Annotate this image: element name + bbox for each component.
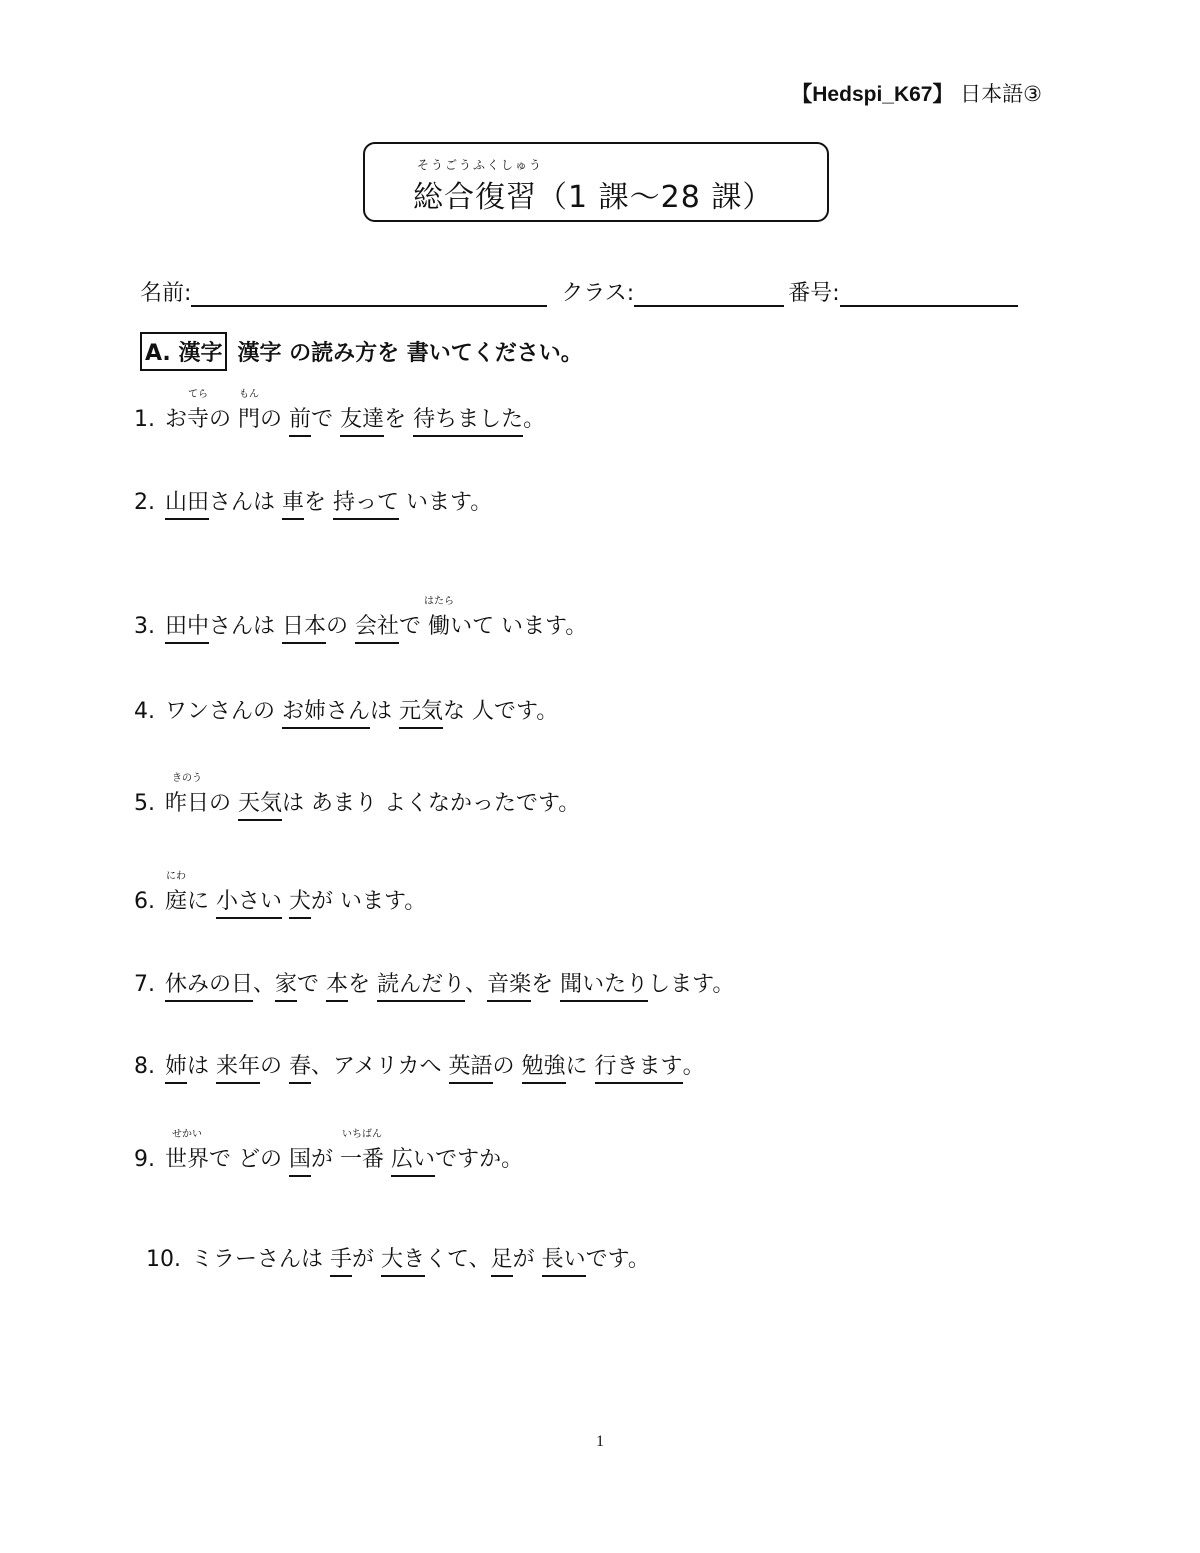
segment-text: 持って (333, 490, 399, 515)
segment-text: 休みの日 (165, 972, 253, 997)
segment-text: 待ちました (413, 407, 523, 432)
segment-text: 、 (253, 972, 275, 997)
underlined-kanji: 読んだり (377, 967, 465, 1002)
question-item: 9.世界せかいで どの 国が 一番いちばん 広いですか。 (134, 1142, 523, 1177)
segment-text: 、 (465, 972, 487, 997)
furigana: にわ (166, 867, 186, 882)
segment-text: 大き (381, 1247, 425, 1272)
title-box: そうごうふくしゅう 総合復習（1 課～28 課） (363, 142, 829, 222)
segment-text: の (209, 791, 238, 816)
page-title: 総合復習（1 課～28 課） (413, 172, 773, 216)
furigana: いちばん (342, 1125, 382, 1140)
segment-text: 姉 (165, 1054, 187, 1079)
segment-text: ワンさんの (165, 699, 282, 724)
underlined-kanji: 持って (333, 485, 399, 520)
sentence-text: の (326, 609, 355, 640)
underlined-kanji: 家 (275, 967, 297, 1002)
furigana: もん (239, 385, 259, 400)
segment-text: 犬 (289, 889, 311, 914)
sentence-text: します。 (648, 967, 734, 998)
segment-text: 勉強 (522, 1054, 566, 1079)
kanji-with-furigana: 働はたら (428, 609, 450, 640)
sentence-text: 。 (523, 402, 545, 433)
sentence-text: 。 (683, 1049, 705, 1080)
underlined-kanji: 小さい (216, 884, 282, 919)
question-item: 8.姉は 来年の 春、アメリカへ 英語の 勉強に 行きます。 (134, 1049, 705, 1084)
question-number: 9. (134, 1147, 155, 1172)
sentence-text: です。 (586, 1242, 650, 1273)
question-item: 10.ミラーさんは 手が 大きくて、足が 長いです。 (146, 1242, 650, 1277)
sentence-text: で (311, 402, 340, 433)
segment-text: を (384, 407, 413, 432)
segment-text: 長い (542, 1247, 586, 1272)
question-item: 5.昨日きのうの 天気は あまり よくなかったです。 (134, 786, 580, 821)
underlined-kanji: 行きます (595, 1049, 683, 1084)
sentence-text: は あまり よくなかったです。 (282, 786, 580, 817)
segment-text: は (370, 699, 399, 724)
segment-text: 手 (330, 1247, 352, 1272)
sentence-text (384, 1147, 391, 1172)
segment-text: に (566, 1054, 595, 1079)
segment-text: 足 (491, 1247, 513, 1272)
number-label: 番号: (788, 276, 839, 307)
sentence-text: ですか。 (435, 1142, 523, 1173)
segment-text: さんは (209, 490, 282, 515)
sentence-text: で どの (209, 1142, 289, 1173)
sentence-text: さんは (209, 485, 282, 516)
segment-text: います。 (399, 490, 492, 515)
kanji-with-furigana: 一番いちばん (340, 1142, 384, 1173)
segment-text: 春 (289, 1054, 311, 1079)
segment-text: お (165, 407, 187, 432)
underlined-kanji: お姉さん (282, 694, 370, 729)
underlined-kanji: 本 (326, 967, 348, 1002)
underlined-kanji: 春 (289, 1049, 311, 1084)
segment-text: は あまり よくなかったです。 (282, 791, 580, 816)
segment-text: 世界 (165, 1147, 209, 1172)
question-number: 3. (134, 614, 155, 639)
segment-text: 広い (391, 1147, 435, 1172)
page-number: 1 (0, 1433, 1200, 1451)
segment-text: 日本 (282, 614, 326, 639)
underlined-kanji: 広い (391, 1142, 435, 1177)
segment-text: です。 (586, 1247, 650, 1272)
segment-text: を (531, 972, 560, 997)
underlined-kanji: 待ちました (413, 402, 523, 437)
sentence-text: に (566, 1049, 595, 1080)
underlined-kanji: 聞いたり (560, 967, 648, 1002)
underlined-kanji: 田中 (165, 609, 209, 644)
underlined-kanji: 来年 (216, 1049, 260, 1084)
sentence-text: を (304, 485, 333, 516)
sentence-text: お (165, 402, 187, 433)
sentence-text: は (187, 1049, 216, 1080)
segment-text: 元気 (399, 699, 443, 724)
question-item: 7.休みの日、家で 本を 読んだり、音楽を 聞いたりします。 (134, 967, 734, 1002)
segment-text: お姉さん (282, 699, 370, 724)
underlined-kanji: 音楽 (487, 967, 531, 1002)
question-number: 6. (134, 889, 155, 914)
segment-text: で (311, 407, 340, 432)
sentence-text: の (260, 402, 289, 433)
segment-text: ですか。 (435, 1147, 523, 1172)
segment-text: は (187, 1054, 216, 1079)
kanji-with-furigana: 寺てら (187, 402, 209, 433)
title-ruby: そうごうふくしゅう (417, 156, 543, 173)
underlined-kanji: 国 (289, 1142, 311, 1177)
segment-text: の (326, 614, 355, 639)
furigana: きのう (172, 769, 202, 784)
segment-text: 会社 (355, 614, 399, 639)
question-item: 6.庭にわに 小さい 犬が います。 (134, 884, 426, 919)
segment-text: 天気 (238, 791, 282, 816)
underlined-kanji: 元気 (399, 694, 443, 729)
sentence-text: に (187, 884, 216, 915)
sentence-text: ミラーさんは (191, 1242, 330, 1273)
segment-text: で (399, 614, 428, 639)
segment-text: 本 (326, 972, 348, 997)
segment-text: いて います。 (450, 614, 587, 639)
segment-text: ミラーさんは (191, 1247, 330, 1272)
kanji-with-furigana: 庭にわ (165, 884, 187, 915)
underlined-kanji: 足 (491, 1242, 513, 1277)
underlined-kanji: 友達 (340, 402, 384, 437)
class-field[interactable] (634, 283, 784, 307)
question-item: 1.お寺てらの 門もんの 前で 友達を 待ちました。 (134, 402, 545, 437)
sentence-text: いて います。 (450, 609, 587, 640)
number-field[interactable] (840, 283, 1018, 307)
underlined-kanji: 勉強 (522, 1049, 566, 1084)
segment-text: 田中 (165, 614, 209, 639)
sentence-text: さんは (209, 609, 282, 640)
header-tag: 【Hedspi_K67】 日本語③ (791, 78, 1042, 108)
segment-text: 音楽 (487, 972, 531, 997)
segment-text: で (297, 972, 326, 997)
segment-text (384, 1147, 391, 1172)
section-badge: A. 漢字 (140, 332, 227, 371)
question-number: 1. (134, 407, 155, 432)
segment-text: が (513, 1247, 542, 1272)
underlined-kanji: 長い (542, 1242, 586, 1277)
segment-text: を (348, 972, 377, 997)
underlined-kanji: 日本 (282, 609, 326, 644)
segment-text: で どの (209, 1147, 289, 1172)
sentence-text: が (352, 1242, 381, 1273)
sentence-text: を (384, 402, 413, 433)
name-label: 名前: (140, 276, 191, 307)
question-number: 5. (134, 791, 155, 816)
underlined-kanji: 手 (330, 1242, 352, 1277)
question-number: 2. (134, 490, 155, 515)
sentence-text: の (209, 786, 238, 817)
subject-label: 日本語③ (960, 82, 1042, 106)
segment-text: 英語 (449, 1054, 493, 1079)
segment-text: くて、 (425, 1247, 491, 1272)
underlined-kanji: 休みの日 (165, 967, 253, 1002)
sentence-text: くて、 (425, 1242, 491, 1273)
segment-text: が (352, 1247, 381, 1272)
segment-text: 門 (238, 407, 260, 432)
class-label: クラス: (561, 276, 634, 307)
underlined-kanji: 車 (282, 485, 304, 520)
segment-text: の (260, 1054, 289, 1079)
question-number: 4. (134, 699, 155, 724)
sentence-text: ワンさんの (165, 694, 282, 725)
segment-text: 山田 (165, 490, 209, 515)
section-instruction: 漢字 の読み方を 書いてください。 (237, 336, 582, 367)
underlined-kanji: 天気 (238, 786, 282, 821)
segment-text: 、アメリカへ (311, 1054, 448, 1079)
segment-text: の (493, 1054, 522, 1079)
segment-text: 。 (523, 407, 545, 432)
sentence-text: は (370, 694, 399, 725)
sentence-text (282, 889, 289, 914)
sentence-text: で (297, 967, 326, 998)
segment-text: 家 (275, 972, 297, 997)
furigana: せかい (172, 1125, 202, 1140)
sentence-text: の (260, 1049, 289, 1080)
course-code: 【Hedspi_K67】 (791, 83, 953, 106)
student-info-row: 名前: クラス: 番号: (140, 276, 1046, 307)
segment-text: 読んだり (377, 972, 465, 997)
sentence-text: な 人です。 (443, 694, 558, 725)
segment-text: します。 (648, 972, 734, 997)
sentence-text: が (513, 1242, 542, 1273)
segment-text: の (209, 407, 238, 432)
segment-text: 友達 (340, 407, 384, 432)
sentence-text: が います。 (311, 884, 426, 915)
sentence-text: の (209, 402, 238, 433)
question-number: 8. (134, 1054, 155, 1079)
question-item: 3.田中さんは 日本の 会社で 働はたらいて います。 (134, 609, 587, 644)
kanji-with-furigana: 昨日きのう (165, 786, 209, 817)
underlined-kanji: 犬 (289, 884, 311, 919)
segment-text: さんは (209, 614, 282, 639)
segment-text: 一番 (340, 1147, 384, 1172)
segment-text: 来年 (216, 1054, 260, 1079)
sentence-text: を (348, 967, 377, 998)
sentence-text: います。 (399, 485, 492, 516)
question-item: 4.ワンさんの お姉さんは 元気な 人です。 (134, 694, 558, 729)
segment-text: を (304, 490, 333, 515)
name-field[interactable] (191, 283, 547, 307)
question-number: 7. (134, 972, 155, 997)
kanji-with-furigana: 世界せかい (165, 1142, 209, 1173)
segment-text: の (260, 407, 289, 432)
underlined-kanji: 英語 (449, 1049, 493, 1084)
sentence-text: 、アメリカへ (311, 1049, 448, 1080)
segment-text: が います。 (311, 889, 426, 914)
segment-text: が (311, 1147, 340, 1172)
segment-text: 働 (428, 614, 450, 639)
sentence-text: 、 (465, 967, 487, 998)
segment-text: 庭 (165, 889, 187, 914)
segment-text: 。 (683, 1054, 705, 1079)
sentence-text: の (493, 1049, 522, 1080)
furigana: はたら (424, 592, 454, 607)
sentence-text: で (399, 609, 428, 640)
sentence-text: を (531, 967, 560, 998)
segment-text: 前 (289, 407, 311, 432)
underlined-kanji: 山田 (165, 485, 209, 520)
question-item: 2.山田さんは 車を 持って います。 (134, 485, 492, 520)
segment-text: に (187, 889, 216, 914)
underlined-kanji: 前 (289, 402, 311, 437)
segment-text: 車 (282, 490, 304, 515)
question-number: 10. (146, 1247, 181, 1272)
underlined-kanji: 大き (381, 1242, 425, 1277)
segment-text: 小さい (216, 889, 282, 914)
segment-text: 寺 (187, 407, 209, 432)
underlined-kanji: 姉 (165, 1049, 187, 1084)
sentence-text: 、 (253, 967, 275, 998)
segment-text: 行きます (595, 1054, 683, 1079)
sentence-text: が (311, 1142, 340, 1173)
segment-text (282, 889, 289, 914)
segment-text: な 人です。 (443, 699, 558, 724)
furigana: てら (188, 385, 208, 400)
segment-text: 聞いたり (560, 972, 648, 997)
segment-text: 国 (289, 1147, 311, 1172)
section-a-heading: A. 漢字 漢字 の読み方を 書いてください。 (140, 332, 583, 371)
segment-text: 昨日 (165, 791, 209, 816)
kanji-with-furigana: 門もん (238, 402, 260, 433)
underlined-kanji: 会社 (355, 609, 399, 644)
